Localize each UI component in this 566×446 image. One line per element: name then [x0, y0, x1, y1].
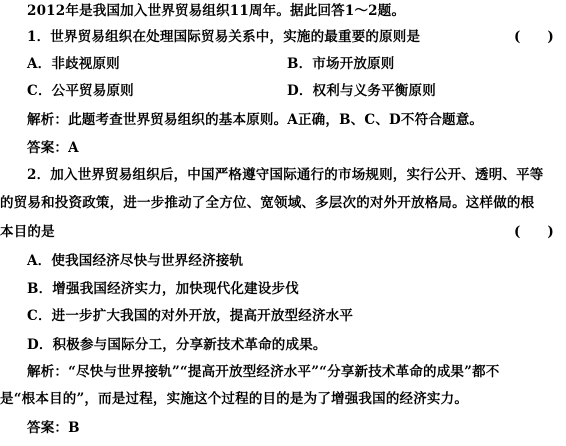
- option-c: C．进一步扩大我国的对外开放，提高开放型经济水平: [0, 305, 566, 327]
- option-b: B．市场开放原则: [287, 53, 395, 75]
- question-1-options-row-2: C．公平贸易原则 D．权利与义务平衡原则: [0, 80, 566, 102]
- question-2-analysis-line-2: 是“根本目的”，而是过程，实施这个过程的目的是为了增强我国的经济实力。: [0, 388, 566, 410]
- option-c: C．公平贸易原则: [27, 83, 134, 99]
- answer-blank: ( ): [514, 221, 554, 243]
- question-2-stem-line-1: 2．加入世界贸易组织后，中国严格遵守国际通行的市场规则，实行公开、透明、平等: [0, 164, 566, 186]
- option-d: D．积极参与国际分工，分享新技术革命的成果。: [0, 334, 566, 356]
- question-1-options-row-1: A．非歧视原则 B．市场开放原则: [0, 53, 566, 75]
- option-a: A．使我国经济尽快与世界经济接轨: [0, 250, 566, 272]
- question-2-stem-line-3: 本目的是 ( ): [0, 221, 566, 243]
- answer-blank: ( ): [514, 26, 554, 48]
- question-2-answer: 答案：B: [0, 417, 566, 439]
- question-2-stem-text: 本目的是: [0, 224, 55, 240]
- question-2-analysis-line-1: 解析：“尽快与世界接轨”“提高开放型经济水平”“分享新技术革命的成果”都不: [0, 361, 566, 383]
- question-2-stem-line-2: 的贸易和投资政策，进一步推动了全方位、宽领域、多层次的对外开放格局。这样做的根: [0, 192, 566, 214]
- option-a: A．非歧视原则: [27, 56, 120, 72]
- question-1-answer: 答案：A: [0, 137, 566, 159]
- option-b: B．增强我国经济实力，加快现代化建设步伐: [0, 278, 566, 300]
- question-1-stem: 1．世界贸易组织在处理国际贸易关系中，实施的最重要的原则是 ( ): [0, 26, 566, 48]
- option-d: D．权利与义务平衡原则: [287, 80, 436, 102]
- question-1-stem-text: 1．世界贸易组织在处理国际贸易关系中，实施的最重要的原则是: [27, 29, 420, 45]
- intro-text: 2012年是我国加入世界贸易组织11周年。据此回答1～2题。: [0, 0, 566, 22]
- question-1-analysis: 解析：此题考查世界贸易组织的基本原则。A正确，B、C、D不符合题意。: [0, 109, 566, 131]
